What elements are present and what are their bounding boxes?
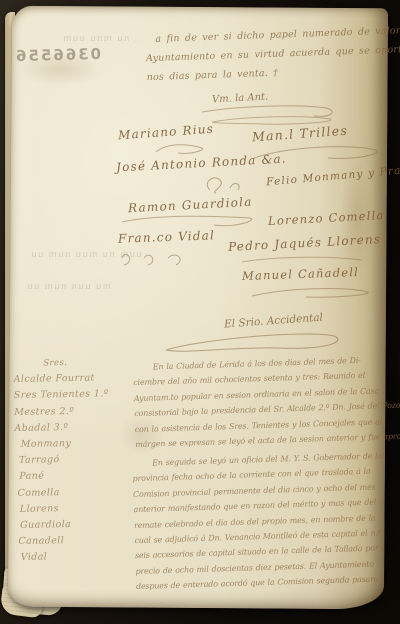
margin-list-item: Alcalde Fourrat xyxy=(13,370,125,388)
body-paragraph-2: En seguida se leyó un oficio del M. Y. S… xyxy=(132,448,396,595)
signature-rubric-icon xyxy=(246,284,376,302)
margin-list-item: Abadal 3.º xyxy=(14,419,126,437)
bleed-through-stamp-number: 0366556 xyxy=(14,45,102,65)
margin-list-item: Mestres 2.º xyxy=(14,403,126,421)
body-paragraph-1: En la Ciudad de Lérida á los dos dias de… xyxy=(133,352,396,453)
margin-list-item: Tarragó xyxy=(15,451,127,469)
margin-list-item: Monmany xyxy=(15,435,127,453)
margin-list-item: Comella xyxy=(15,484,127,502)
signature-rubric-icon xyxy=(116,246,226,266)
margin-list-item: Sres Tenientes 1.º xyxy=(14,386,126,404)
margin-list-item: Canadell xyxy=(16,532,128,550)
margin-list-item: Llorens xyxy=(16,500,128,518)
opening-paragraph: a fin de ver si dicho papel numerado de … xyxy=(145,22,387,87)
margin-list-item: Sres. xyxy=(13,354,125,372)
signature-rubric-icon xyxy=(200,172,250,196)
bleed-through-line: nu mnu uum xyxy=(61,34,130,44)
signature-rubric-icon xyxy=(250,142,385,164)
margin-attendance-list: Sres. Alcalde Fourrat Sres Tenientes 1.º… xyxy=(13,354,129,567)
margin-list-item: Pané xyxy=(15,467,127,485)
margin-list-item: Vidal xyxy=(17,548,129,566)
margin-list-item: Guardiola xyxy=(16,516,128,534)
bleed-through-line: mu uun num uu xyxy=(25,282,111,292)
manuscript-photo: 0366556 nu mnu uum uum nu muu num uu mu … xyxy=(0,0,400,624)
